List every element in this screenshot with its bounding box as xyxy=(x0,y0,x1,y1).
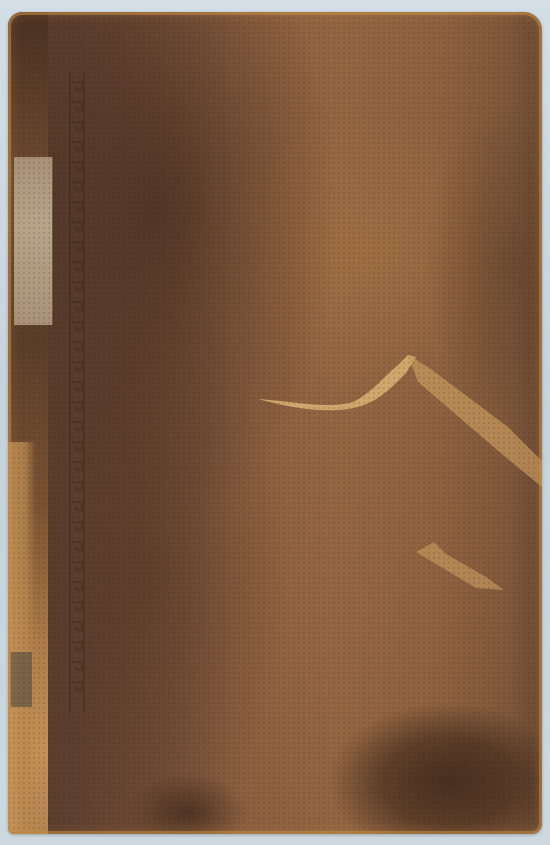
book-cover xyxy=(8,12,542,834)
leather-grain-texture xyxy=(8,12,542,834)
